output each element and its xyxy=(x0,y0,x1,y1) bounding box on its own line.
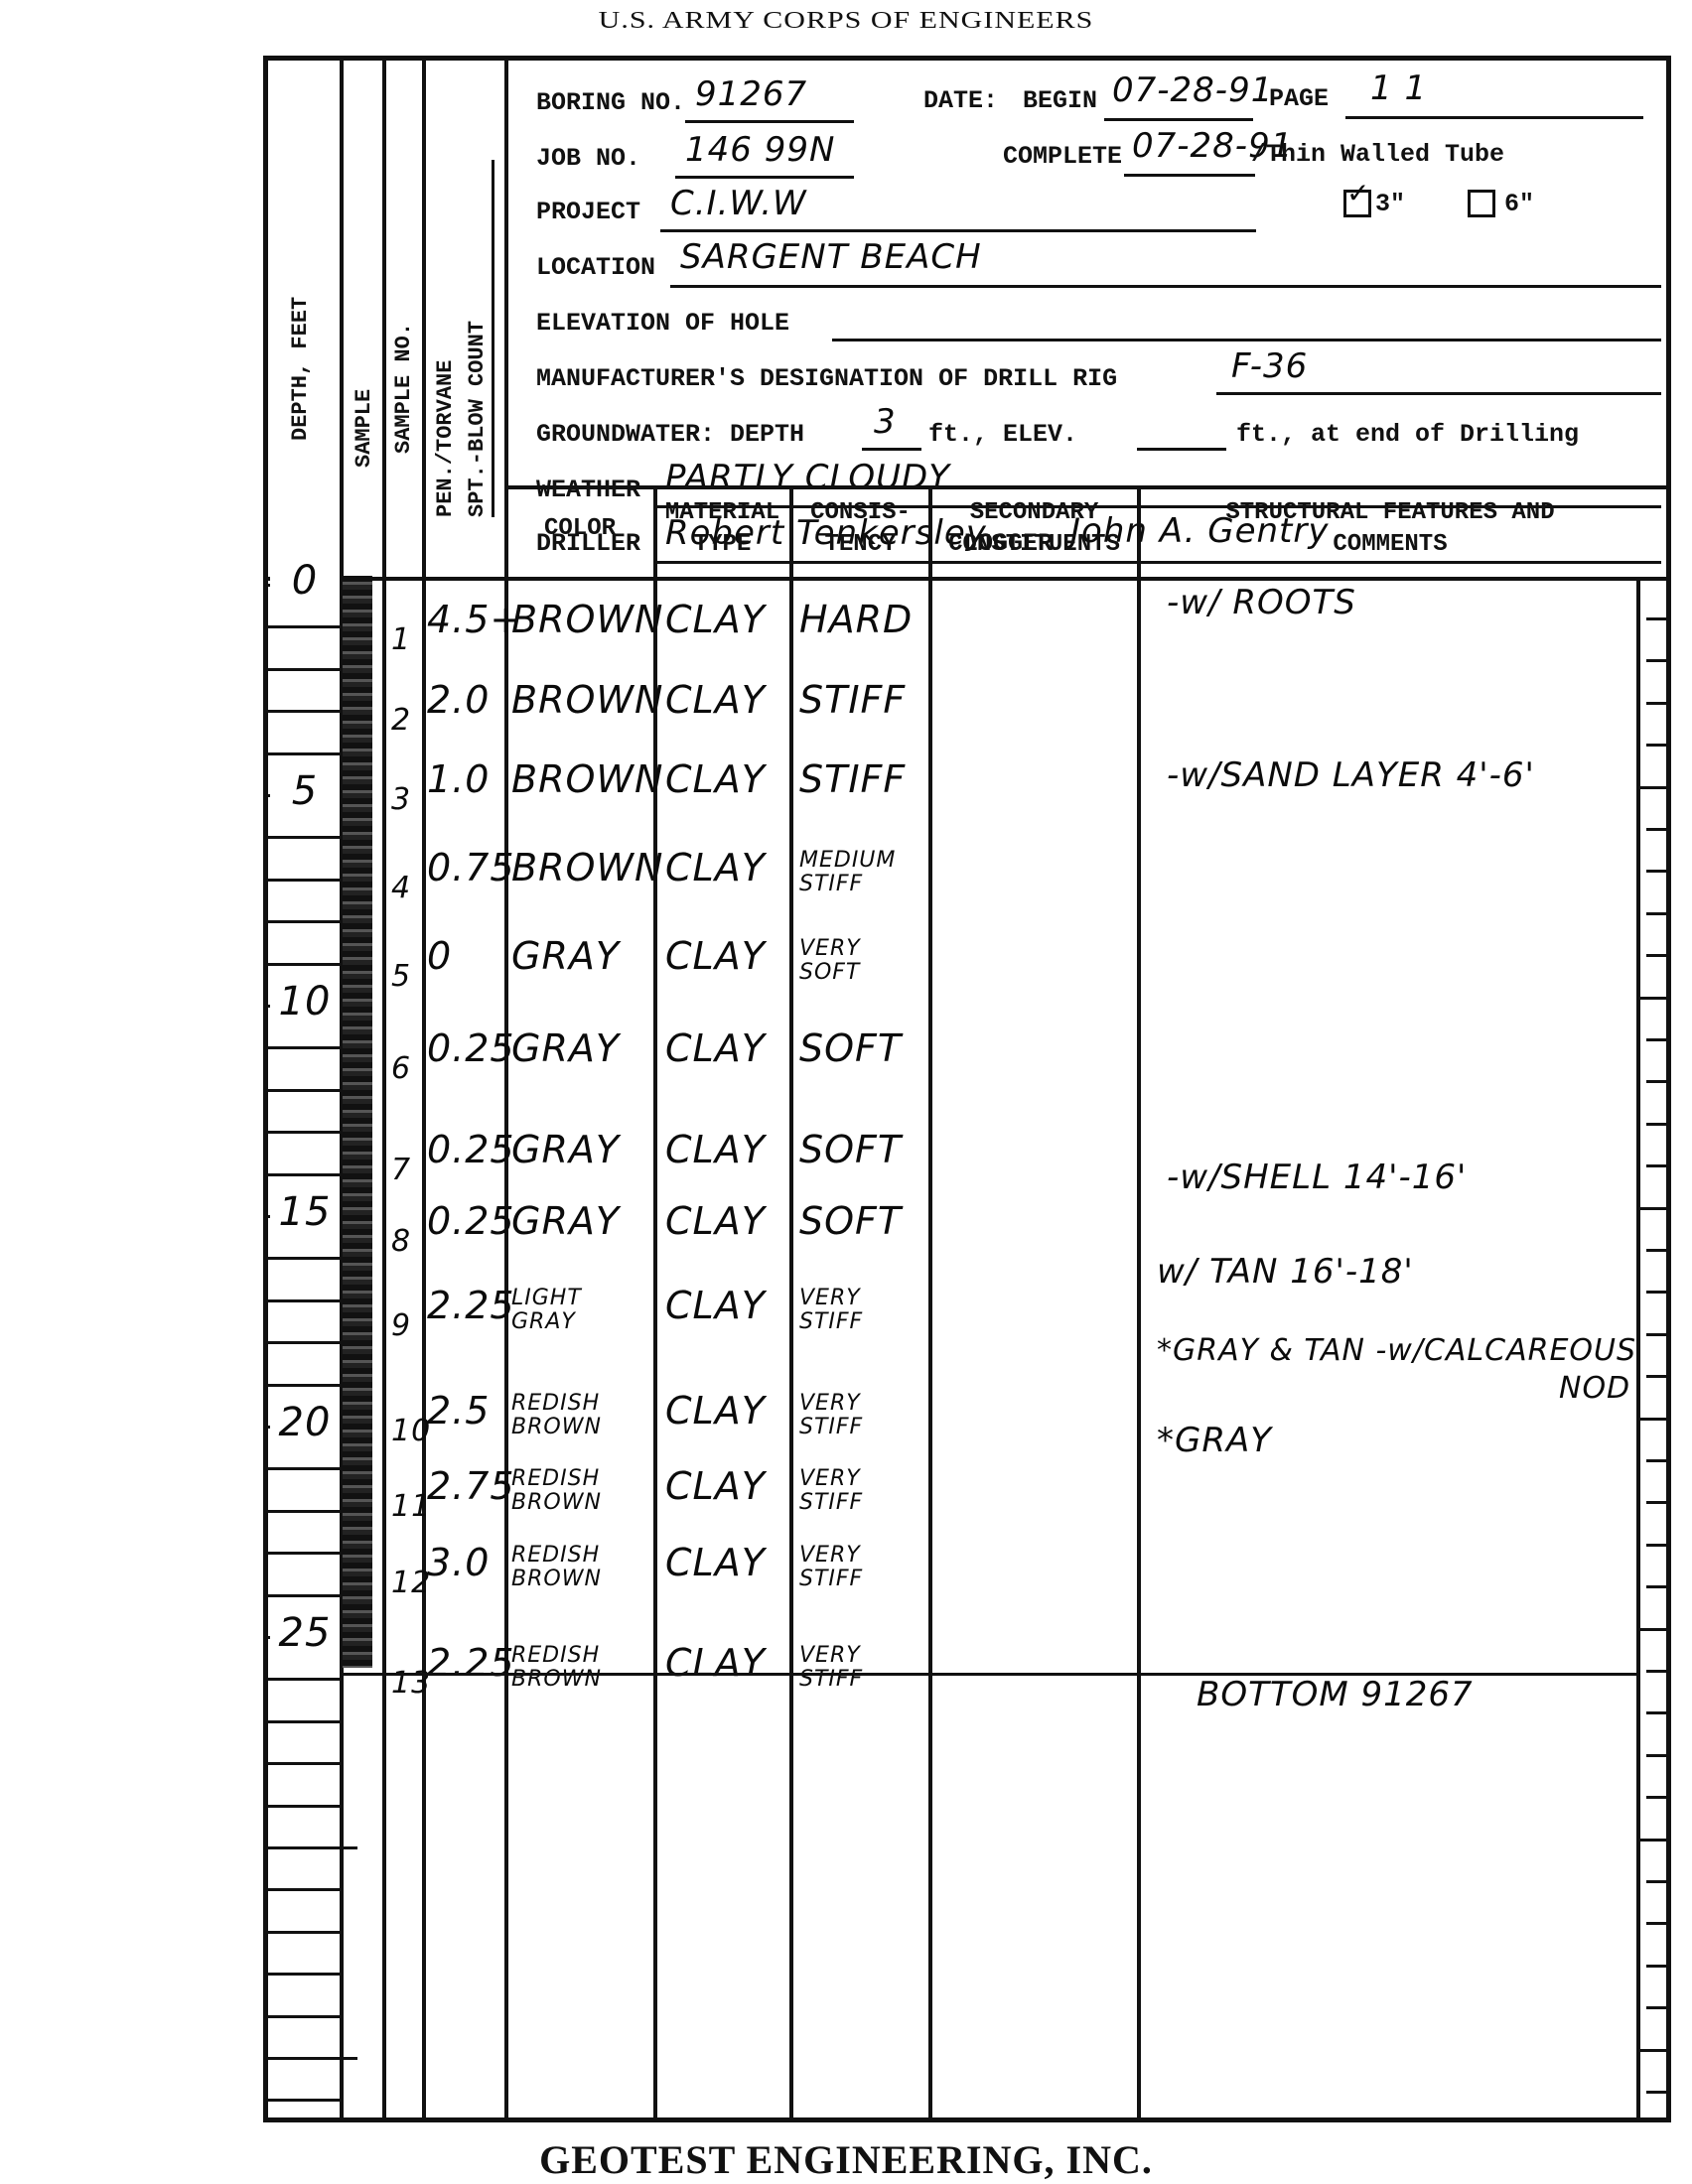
depth-label: 15 xyxy=(270,1189,340,1235)
drill-rig-label: MANUFACTURER'S DESIGNATION OF DRILL RIG xyxy=(536,364,1117,393)
depth-tick xyxy=(1636,1418,1666,1421)
col-consistency: CONSIS- TENCY xyxy=(792,497,928,561)
color-value: REDISH BROWN xyxy=(511,1392,650,1439)
material-type-value: CLAY xyxy=(665,1392,766,1430)
complete-label: COMPLETE xyxy=(1003,142,1122,171)
pen-torvane-value: 0.25 xyxy=(427,1029,515,1067)
depth-tick xyxy=(268,1510,340,1513)
begin-label: BEGIN xyxy=(1023,86,1097,115)
depth-tick xyxy=(268,2099,340,2102)
depth-tick xyxy=(1646,1249,1666,1252)
job-no-value[interactable]: 146 99N xyxy=(685,130,835,170)
right-tick-divider xyxy=(1636,577,1640,2119)
color-value: GRAY xyxy=(511,1131,620,1168)
consistency-value: MEDIUM STIFF xyxy=(799,849,923,896)
depth-tick xyxy=(1646,954,1666,957)
company-footer: GEOTEST ENGINEERING, INC. xyxy=(0,2136,1692,2183)
pen-torvane-value: 3.0 xyxy=(427,1544,490,1581)
sample-number: 2 xyxy=(391,703,411,738)
material-type-value: CLAY xyxy=(665,1202,766,1240)
depth-tick xyxy=(268,1384,340,1387)
depth-tick xyxy=(268,1131,340,1134)
depth-tick xyxy=(1646,1670,1666,1673)
depth-tick xyxy=(1636,1628,1666,1631)
sample-number: 10 xyxy=(391,1414,431,1448)
consistency-value: STIFF xyxy=(799,681,906,719)
sample-number: 6 xyxy=(391,1051,411,1086)
depth-tick xyxy=(268,963,340,966)
boring-log-form: DEPTH, FEET SAMPLE SAMPLE NO. PEN./TORVA… xyxy=(263,56,1671,2122)
consistency-value: VERY STIFF xyxy=(799,1467,923,1515)
thin-walled-tube-label: /Thin Walled Tube xyxy=(1251,140,1504,169)
depth-tick xyxy=(1636,1207,1666,1210)
comment-roots: -w/ ROOTS xyxy=(1167,583,1356,622)
divider xyxy=(422,61,426,2119)
spt-blow-count-header: SPT.-BLOW COUNT xyxy=(465,160,494,517)
depth-tick xyxy=(1646,1965,1666,1968)
depth-tick xyxy=(268,625,340,628)
color-value: REDISH BROWN xyxy=(511,1467,650,1515)
color-value: BROWN xyxy=(511,849,663,887)
depth-tick xyxy=(1646,659,1666,662)
pen-torvane-value: 2.5 xyxy=(427,1392,490,1430)
comment-gray-tan-calcareous: *GRAY & TAN -w/CALCAREOUS xyxy=(1157,1333,1636,1368)
weather-value[interactable]: PARTLY CLOUDY xyxy=(665,458,950,497)
depth-tick xyxy=(1646,1501,1666,1504)
sample-number: 3 xyxy=(391,782,411,817)
color-value: GRAY xyxy=(511,937,620,975)
pen-torvane-value: 1.0 xyxy=(427,760,490,798)
sample-number: 11 xyxy=(391,1489,431,1524)
sample-header: SAMPLE xyxy=(352,339,376,517)
depth-tick xyxy=(268,920,340,923)
material-type-value: CLAY xyxy=(665,849,766,887)
color-value: BROWN xyxy=(511,601,663,638)
depth-tick xyxy=(1636,997,1666,1000)
depth-tick xyxy=(268,1846,357,1849)
col-secondary-constituents: SECONDARY CONSTITUENTS xyxy=(931,497,1137,561)
material-type-value: CLAY xyxy=(665,1467,766,1505)
begin-date-value[interactable]: 07-28-91 xyxy=(1112,70,1273,110)
material-type-value: CLAY xyxy=(665,1029,766,1067)
depth-tick xyxy=(1646,1123,1666,1126)
depth-tick xyxy=(268,1720,340,1723)
color-value: LIGHT GRAY xyxy=(511,1287,650,1334)
depth-tick xyxy=(268,1046,340,1049)
depth-feet-header: DEPTH, FEET xyxy=(288,219,313,517)
tube-6in-label: 6" xyxy=(1504,190,1534,218)
depth-tick xyxy=(1646,702,1666,705)
pen-torvane-header: PEN./TORVANE xyxy=(433,209,458,517)
comment-bottom: BOTTOM 91267 xyxy=(1197,1675,1474,1714)
color-value: BROWN xyxy=(511,681,663,719)
depth-tick xyxy=(268,1341,340,1344)
pen-torvane-value: 4.5+ xyxy=(427,601,522,638)
material-type-value: CLAY xyxy=(665,1287,766,1324)
pen-torvane-value: 2.75 xyxy=(427,1467,515,1505)
depth-tick xyxy=(268,1973,340,1976)
depth-tick xyxy=(1646,617,1666,620)
project-label: PROJECT xyxy=(536,198,640,226)
col-color: COLOR xyxy=(506,513,653,545)
depth-tick xyxy=(1646,2006,1666,2009)
depth-tick xyxy=(268,1467,340,1470)
depth-tick xyxy=(268,1888,340,1891)
sample-number: 12 xyxy=(391,1566,431,1600)
depth-tick xyxy=(1646,912,1666,915)
color-value: REDISH BROWN xyxy=(511,1644,650,1692)
groundwater-elev-label: ft., ELEV. xyxy=(928,420,1077,449)
job-no-label: JOB NO. xyxy=(536,144,640,173)
pen-torvane-value: 2.25 xyxy=(427,1287,515,1324)
material-type-value: CLAY xyxy=(665,760,766,798)
depth-label: 5 xyxy=(270,768,340,814)
page-value[interactable]: 1 1 xyxy=(1370,68,1427,108)
page-label: PAGE xyxy=(1269,84,1329,113)
pen-torvane-value: 2.0 xyxy=(427,681,490,719)
consistency-value: STIFF xyxy=(799,760,906,798)
sample-number: 7 xyxy=(391,1153,411,1187)
depth-tick xyxy=(268,752,340,755)
depth-label: 20 xyxy=(270,1400,340,1445)
pen-torvane-value: 0.75 xyxy=(427,849,515,887)
depth-tick xyxy=(268,2057,357,2060)
depth-tick xyxy=(1636,786,1666,789)
depth-tick xyxy=(1646,1754,1666,1757)
depth-tick xyxy=(268,879,340,882)
depth-tick xyxy=(268,1762,340,1765)
drill-rig-value[interactable]: F-36 xyxy=(1231,346,1308,386)
groundwater-depth-value[interactable]: 3 xyxy=(874,402,897,442)
location-value[interactable]: SARGENT BEACH xyxy=(680,237,982,277)
depth-tick xyxy=(1646,1922,1666,1925)
sample-number: 5 xyxy=(391,959,411,994)
depth-tick xyxy=(268,1299,340,1302)
comment-tan: w/ TAN 16'-18' xyxy=(1157,1252,1414,1292)
consistency-value: SOFT xyxy=(799,1029,902,1067)
groundwater-depth-label: GROUNDWATER: DEPTH xyxy=(536,420,804,449)
depth-tick xyxy=(1646,1711,1666,1714)
tube-3in-label: 3" xyxy=(1375,190,1405,218)
depth-tick xyxy=(268,1678,340,1681)
depth-tick xyxy=(268,1173,340,1176)
consistency-value: VERY STIFF xyxy=(799,1392,923,1439)
date-label: DATE: xyxy=(923,86,998,115)
consistency-value: VERY STIFF xyxy=(799,1644,923,1692)
comment-gray: *GRAY xyxy=(1157,1421,1272,1460)
material-type-value: CLAY xyxy=(665,1644,766,1682)
tube-6in-checkbox[interactable] xyxy=(1468,190,1495,217)
depth-tick xyxy=(268,1089,340,1092)
depth-label: 10 xyxy=(270,979,340,1024)
weather-label: WEATHER xyxy=(536,476,640,504)
consistency-value: SOFT xyxy=(799,1131,902,1168)
table-header-bottom xyxy=(268,577,1668,581)
color-value: GRAY xyxy=(511,1202,620,1240)
depth-tick xyxy=(268,1594,340,1597)
tube-3in-checkbox[interactable]: ✓ xyxy=(1343,190,1371,217)
comment-shell: -w/SHELL 14'-16' xyxy=(1167,1158,1467,1197)
sample-recovery-bar xyxy=(343,576,372,1668)
pen-torvane-value: 0.25 xyxy=(427,1202,515,1240)
depth-tick xyxy=(1646,1459,1666,1462)
depth-tick xyxy=(1646,1585,1666,1588)
consistency-value: SOFT xyxy=(799,1202,902,1240)
pen-torvane-value: 0 xyxy=(427,937,452,975)
sample-no-header: SAMPLE NO. xyxy=(391,259,416,517)
sample-number: 4 xyxy=(391,871,411,905)
color-value: BROWN xyxy=(511,760,663,798)
agency-title: U.S. ARMY CORPS OF ENGINEERS xyxy=(0,7,1692,34)
sample-number: 1 xyxy=(391,622,411,657)
col-material-type: MATERIAL TYPE xyxy=(655,497,789,561)
depth-tick xyxy=(268,1805,340,1808)
col-structural-features: STRUCTURAL FEATURES AND COMMENTS xyxy=(1162,497,1619,561)
depth-tick xyxy=(1636,1839,1666,1842)
end-of-drilling-label: ft., at end of Drilling xyxy=(1236,420,1579,449)
material-type-value: CLAY xyxy=(665,1544,766,1581)
consistency-value: VERY STIFF xyxy=(799,1287,923,1334)
depth-tick xyxy=(268,1257,340,1260)
depth-tick xyxy=(1646,828,1666,831)
depth-tick xyxy=(1646,1164,1666,1167)
depth-tick xyxy=(268,1552,340,1555)
depth-tick xyxy=(1646,1038,1666,1041)
material-type-value: CLAY xyxy=(665,1131,766,1168)
depth-tick xyxy=(1646,1375,1666,1378)
depth-tick xyxy=(1646,1880,1666,1883)
elevation-label: ELEVATION OF HOLE xyxy=(536,309,789,338)
depth-tick xyxy=(268,668,340,671)
depth-tick xyxy=(1646,744,1666,747)
depth-tick xyxy=(1646,1544,1666,1547)
boring-no-value[interactable]: 91267 xyxy=(695,74,807,114)
depth-tick xyxy=(1646,1080,1666,1083)
depth-tick xyxy=(1646,2091,1666,2094)
divider xyxy=(382,61,386,2119)
depth-label: 25 xyxy=(270,1610,340,1656)
color-value: REDISH BROWN xyxy=(511,1544,650,1591)
depth-tick xyxy=(1636,2049,1666,2052)
project-value[interactable]: C.I.W.W xyxy=(670,184,807,223)
sample-number: 13 xyxy=(391,1666,431,1701)
material-type-value: CLAY xyxy=(665,601,766,638)
material-type-value: CLAY xyxy=(665,937,766,975)
depth-label: 0 xyxy=(270,558,340,604)
depth-tick xyxy=(268,1931,340,1934)
comment-sand-layer: -w/SAND LAYER 4'-6' xyxy=(1167,755,1535,795)
divider xyxy=(504,61,508,2119)
sample-number: 9 xyxy=(391,1308,411,1343)
depth-tick xyxy=(1646,1333,1666,1336)
depth-tick xyxy=(268,2015,340,2018)
boring-no-label: BORING NO. xyxy=(536,88,685,117)
consistency-value: VERY STIFF xyxy=(799,1544,923,1591)
consistency-value: HARD xyxy=(799,601,913,638)
table-header-top xyxy=(504,485,1668,489)
depth-tick xyxy=(268,710,340,713)
depth-tick xyxy=(1646,1291,1666,1294)
comment-nodules: NOD xyxy=(1559,1371,1630,1406)
sample-number: 8 xyxy=(391,1224,411,1259)
depth-tick xyxy=(268,836,340,839)
color-value: GRAY xyxy=(511,1029,620,1067)
location-label: LOCATION xyxy=(536,253,655,282)
pen-torvane-value: 0.25 xyxy=(427,1131,515,1168)
depth-tick xyxy=(1646,1796,1666,1799)
consistency-value: VERY SOFT xyxy=(799,937,923,985)
pen-torvane-value: 2.25 xyxy=(427,1644,515,1682)
depth-tick xyxy=(1646,870,1666,873)
material-type-value: CLAY xyxy=(665,681,766,719)
